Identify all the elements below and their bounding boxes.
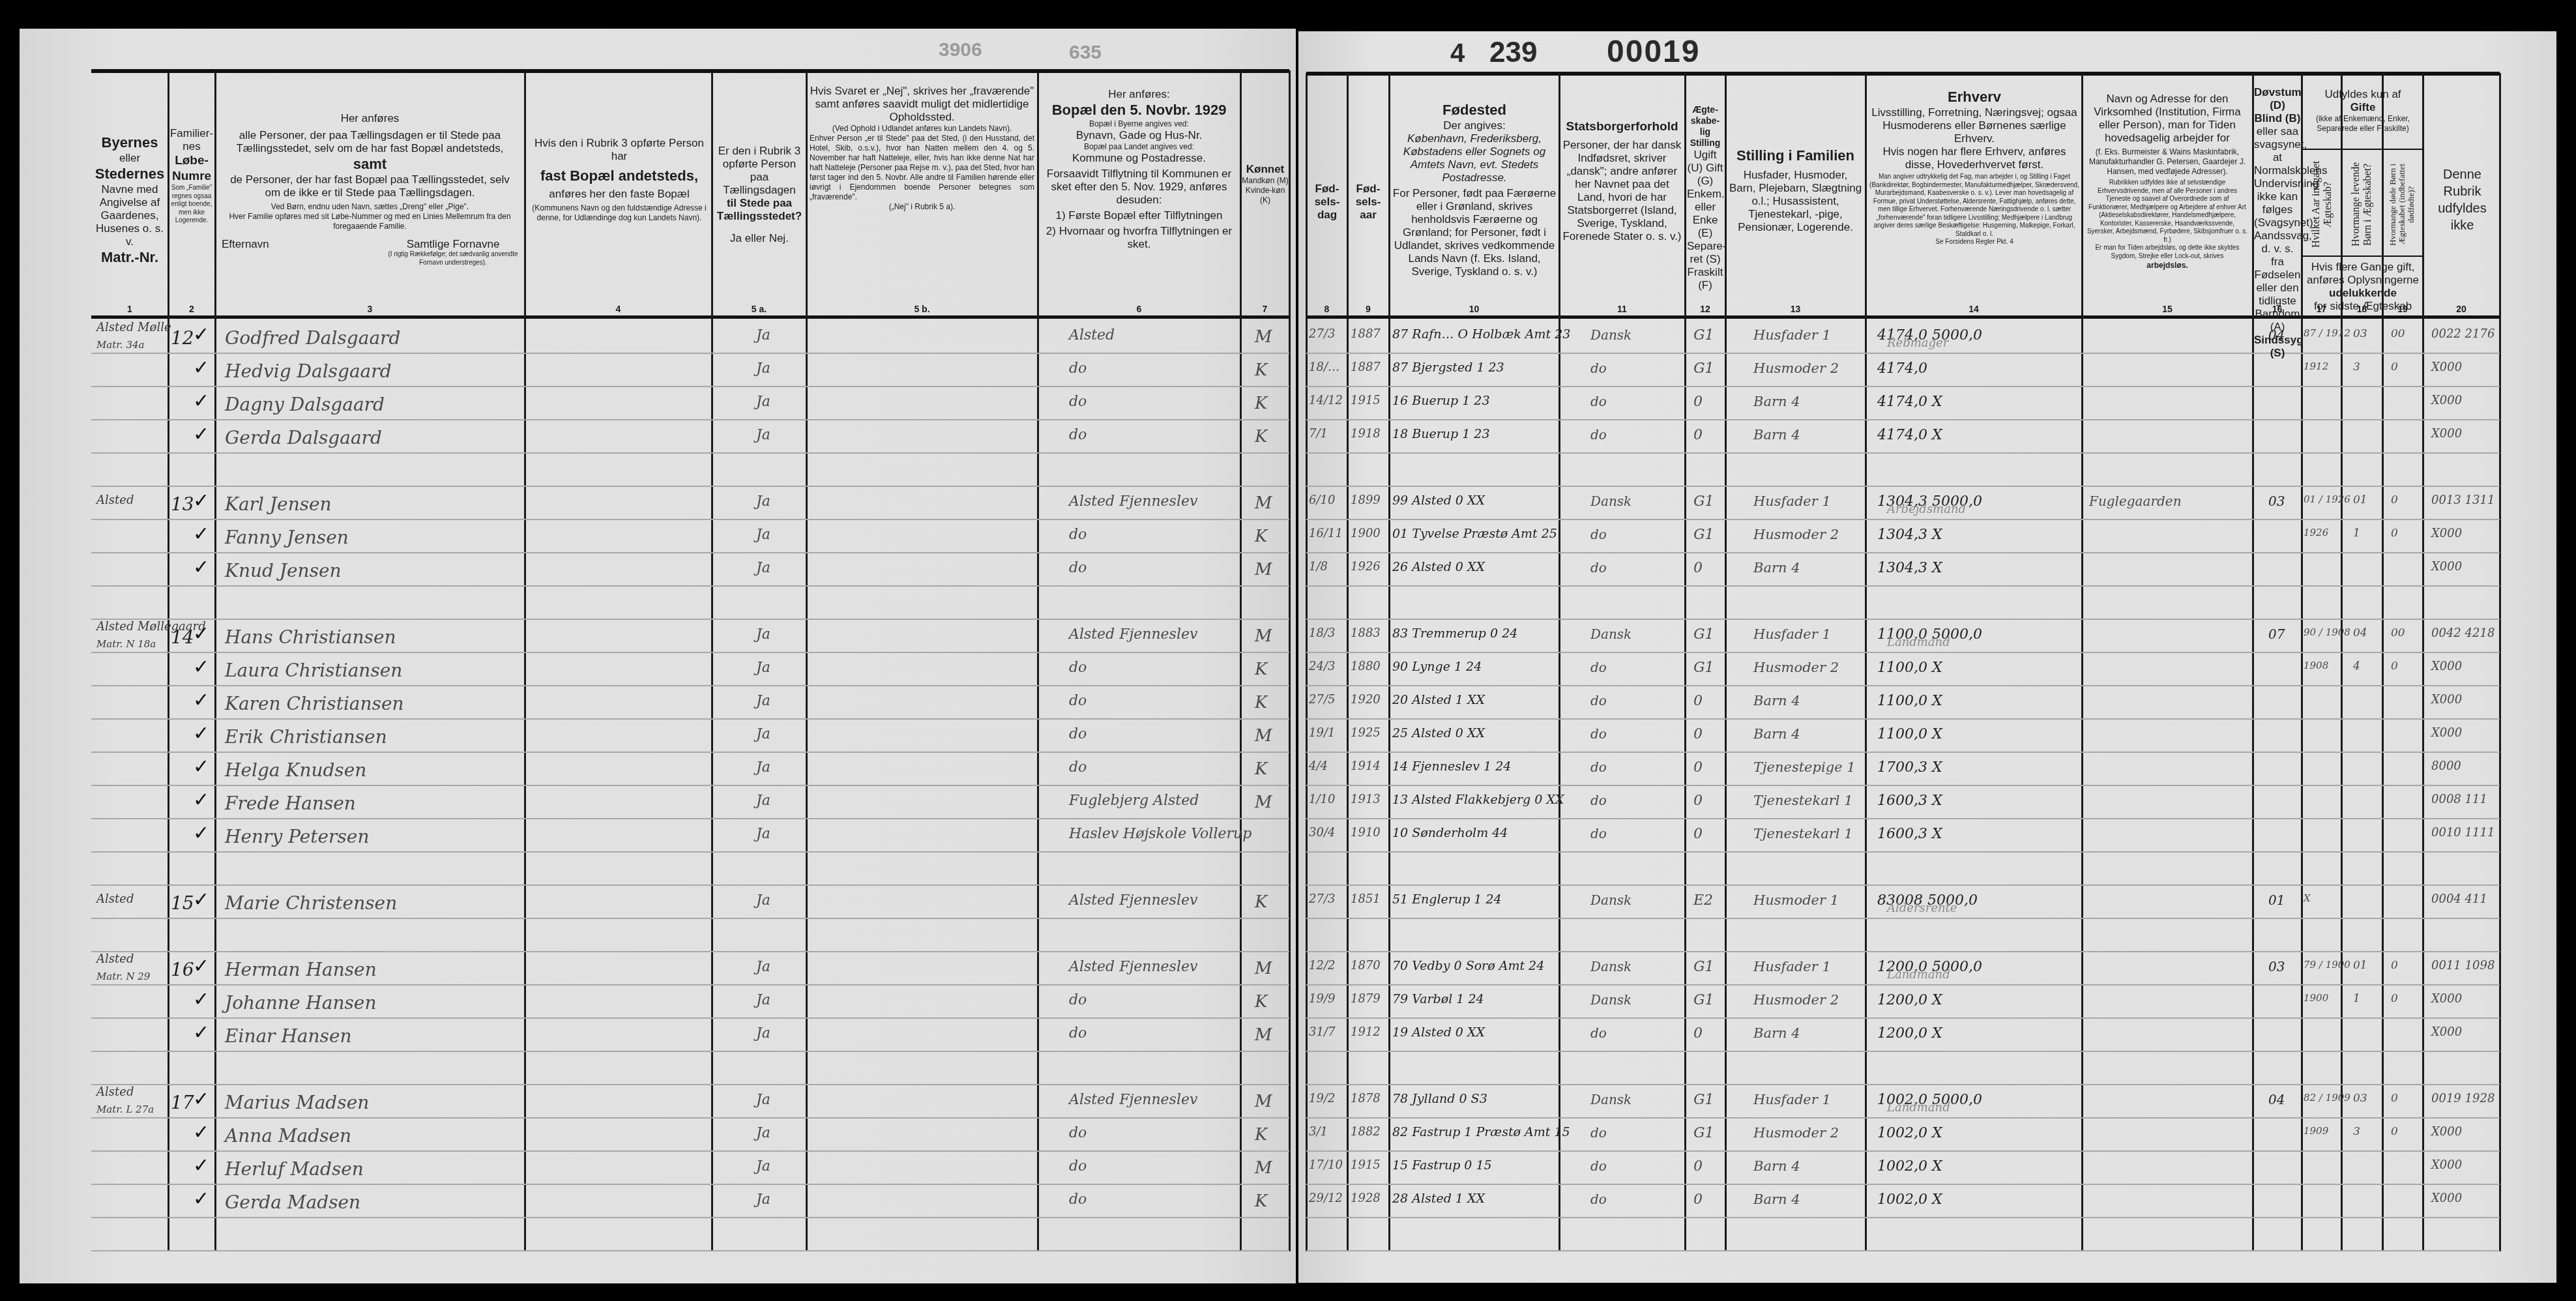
header-text: (Kommunens Navn og den fuldstændige Adre… xyxy=(531,203,707,223)
present-answer: Ja xyxy=(756,892,770,909)
header-text: Kommune og Postadresse. xyxy=(1043,152,1235,165)
row-rule xyxy=(1306,1117,2500,1118)
col20-code: X000 xyxy=(2431,992,2462,1006)
dead-children: 0 xyxy=(2391,360,2398,373)
family-position: Tjenestepige 1 xyxy=(1753,759,1856,775)
residence-1929: do xyxy=(1069,560,1087,576)
matrikel-number: Matr. N 18a xyxy=(96,638,156,650)
checkmark-icon: ✓ xyxy=(193,656,209,679)
row-rule xyxy=(91,619,1289,620)
header-col-12: Ægte-skabe-lig Stilling Ugift (U) Gift (… xyxy=(1687,104,1723,292)
col-number: 2 xyxy=(168,304,215,314)
residence-1929: Alsted Fjenneslev xyxy=(1069,493,1197,510)
citizenship: Dansk xyxy=(1590,493,1632,509)
family-number: 13 xyxy=(171,493,194,515)
col20-code: X000 xyxy=(2431,660,2462,673)
person-name: Dagny Dalsgaard xyxy=(225,394,385,415)
present-answer: Ja xyxy=(756,1092,770,1108)
birth-year: 1914 xyxy=(1351,759,1381,773)
checkmark-icon: ✓ xyxy=(193,1188,209,1210)
row-rule xyxy=(91,552,1289,553)
header-text: Hver Familie opføres med sit Løbe-Nummer… xyxy=(222,212,518,231)
citizenship: do xyxy=(1590,1191,1607,1207)
volume-stamp: 4 xyxy=(1450,39,1465,68)
header-text: Ugift (U) Gift (G) Enkem. eller Enke (E)… xyxy=(1687,149,1723,292)
present-answer: Ja xyxy=(756,660,770,676)
col-number: 3 xyxy=(215,304,525,314)
row-rule xyxy=(1306,818,2500,819)
sex: K xyxy=(1255,1125,1267,1145)
present-answer: Ja xyxy=(756,1125,770,1141)
header-text: Hvis Svaret er „Nej", skrives her „fravæ… xyxy=(810,85,1034,124)
birthplace: 90 Lynge 1 24 xyxy=(1392,660,1482,674)
col-number: 14 xyxy=(1866,304,2082,314)
birthplace: 51 Englerup 1 24 xyxy=(1392,892,1502,907)
marital-status: G1 xyxy=(1693,493,1714,510)
checkmark-icon: ✓ xyxy=(193,323,209,346)
header-text: Husfader, Husmoder, Barn, Plejebarn, Slæ… xyxy=(1729,169,1862,234)
col-number: 5 a. xyxy=(712,304,806,314)
person-name: Anna Madsen xyxy=(225,1125,351,1147)
dead-children: 00 xyxy=(2391,327,2405,340)
marriage-year: 1909 xyxy=(2304,1125,2328,1137)
residence-1929: Alsted xyxy=(1069,327,1115,344)
present-answer: Ja xyxy=(756,959,770,975)
marriage-year: 1926 xyxy=(2304,527,2328,538)
row-rule xyxy=(91,585,1289,587)
header-col-14: Erhverv Livsstilling, Forretning, Næring… xyxy=(1869,88,2079,247)
marital-status: G1 xyxy=(1693,527,1714,543)
family-position: Husmoder 2 xyxy=(1753,527,1839,542)
residence-1929: do xyxy=(1069,394,1087,410)
birthplace: 79 Varbøl 1 24 xyxy=(1392,992,1484,1006)
header-text: Ved Børn, endnu uden Navn, sættes „Dreng… xyxy=(222,202,518,212)
sex: M xyxy=(1255,959,1272,978)
residence-1929: Alsted Fjenneslev xyxy=(1069,1092,1197,1108)
table-rule xyxy=(91,69,1289,73)
living-children: 01 xyxy=(2353,959,2367,972)
header-text: København, Frederiksberg, Købstadens ell… xyxy=(1392,132,1557,184)
family-position: Husmoder 2 xyxy=(1753,360,1839,376)
header-col-3: Her anføres alle Personer, der paa Tælli… xyxy=(222,112,518,267)
residence-1929: Alsted Fjenneslev xyxy=(1069,892,1197,909)
header-text: Familier-nes xyxy=(168,127,215,153)
sex: M xyxy=(1255,1092,1272,1111)
header-text: Stedernes xyxy=(91,165,168,183)
birthplace: 15 Fastrup 0 15 xyxy=(1392,1158,1492,1173)
person-name: Knud Jensen xyxy=(225,560,342,581)
header-col-5a: Er den i Rubrik 3 opførte Person paa Tæl… xyxy=(714,145,804,245)
row-rule xyxy=(1306,519,2500,520)
header-text: Rubrikken udfyldes ikke af selvstændige … xyxy=(2086,179,2249,244)
birth-year: 1925 xyxy=(1351,726,1381,740)
header-text: Livsstilling, Forretning, Næringsvej; og… xyxy=(1869,106,2079,145)
citizenship: do xyxy=(1590,1158,1607,1174)
citizenship: do xyxy=(1590,693,1607,709)
citizenship: do xyxy=(1590,527,1607,542)
person-name: Laura Christiansen xyxy=(225,660,402,681)
family-number: 16 xyxy=(171,959,194,980)
marriage-year: 01 / 1926 xyxy=(2304,493,2350,505)
birthplace: 25 Alsted 0 XX xyxy=(1392,726,1485,740)
table-rule xyxy=(91,315,1289,319)
row-rule xyxy=(1306,1184,2500,1185)
checkmark-icon: ✓ xyxy=(193,1021,209,1044)
header-col-18: Hvormange levende Børn i Ægteskabet? xyxy=(2350,154,2380,255)
col20-code: X000 xyxy=(2431,560,2462,574)
column-divider xyxy=(524,70,526,1251)
present-answer: Ja xyxy=(756,1025,770,1042)
column-divider xyxy=(1289,70,1291,1251)
header-text: Bopæl i Byerne angives ved: xyxy=(1043,119,1235,129)
header-text: Udfyldes kun af xyxy=(2304,88,2422,101)
family-position: Barn 4 xyxy=(1753,726,1800,742)
row-rule xyxy=(91,486,1289,487)
header-text: udelukkende xyxy=(2304,287,2422,300)
header-text: Gifte xyxy=(2304,101,2422,114)
header-text: Bopæl den 5. Novbr. 1929 xyxy=(1043,101,1235,119)
header-col-2: Familier-nes Løbe-Numre Som „Familie" re… xyxy=(168,127,215,226)
table-rule xyxy=(1306,315,2500,319)
column-divider xyxy=(806,70,808,1251)
column-divider xyxy=(1865,73,1867,1251)
header-text: Hvis den i Rubrik 3 opførte Person har xyxy=(531,137,707,163)
marital-status: G1 xyxy=(1693,327,1714,344)
birth-day: 27/5 xyxy=(1309,693,1335,707)
row-rule xyxy=(1306,1084,2500,1085)
header-text: Navn og Adresse for den Virksomhed (Inst… xyxy=(2086,93,2249,145)
col20-code: 0019 1928 xyxy=(2431,1092,2495,1105)
header-col-8: Fød-sels-dag xyxy=(1308,183,1347,222)
sex: K xyxy=(1255,992,1267,1012)
family-position: Husmoder 1 xyxy=(1753,892,1839,908)
header-col-11: Statsborgerforhold Personer, der har dan… xyxy=(1562,121,1682,243)
birthplace: 18 Buerup 1 23 xyxy=(1392,427,1490,441)
marriage-year: 90 / 1908 xyxy=(2304,626,2350,638)
header-col-5b: Hvis Svaret er „Nej", skrives her „fravæ… xyxy=(810,85,1034,212)
header-text: Ja eller Nej. xyxy=(714,232,804,245)
birth-day: 6/10 xyxy=(1309,493,1335,507)
citizenship: do xyxy=(1590,360,1607,376)
family-number: 15 xyxy=(171,892,194,914)
header-text: Som „Familie" regnes ogsaa enligt boende… xyxy=(168,184,215,226)
row-rule xyxy=(1306,353,2500,354)
living-children: 3 xyxy=(2353,360,2360,373)
place-name: Alsted xyxy=(96,1085,134,1099)
header-col-13: Stilling i Familien Husfader, Husmoder, … xyxy=(1729,147,1862,234)
birthplace: 87 Rafn… O Holbæk Amt 23 xyxy=(1392,327,1570,342)
header-text: Stilling i Familien xyxy=(1729,147,1862,165)
row-rule xyxy=(1306,752,2500,753)
row-rule xyxy=(1306,685,2500,686)
birth-day: 24/3 xyxy=(1309,660,1335,673)
col-number: 1 xyxy=(91,304,168,314)
header-text: til Stede paa Tællingsstedet? xyxy=(714,197,804,223)
occupation-code: 1002,0 X xyxy=(1877,1191,1942,1208)
family-position: Husmoder 2 xyxy=(1753,992,1839,1008)
family-position: Husfader 1 xyxy=(1753,959,1831,974)
header-text: (I rigtig Rækkefølge; det sædvanlig anve… xyxy=(388,251,518,267)
col20-code: 0004 411 xyxy=(2431,892,2487,906)
col20-code: 8000 xyxy=(2431,759,2461,773)
row-rule xyxy=(91,1051,1289,1052)
marriage-year: 1900 xyxy=(2304,992,2328,1004)
employer: Fuglegaarden xyxy=(2089,493,2182,509)
row-rule xyxy=(91,452,1289,454)
birth-day: 29/12 xyxy=(1309,1191,1343,1205)
header-text: Ægte-skabe-lig Stilling xyxy=(1687,104,1723,149)
occupation-code: 1100,0 X xyxy=(1877,660,1942,676)
family-position: Husfader 1 xyxy=(1753,493,1831,509)
matrikel-number: Matr. 34a xyxy=(96,339,144,351)
sex: M xyxy=(1255,726,1272,746)
sex: M xyxy=(1255,560,1272,579)
checkmark-icon: ✓ xyxy=(193,556,209,579)
occupation-code: 4174,0 X xyxy=(1877,394,1942,410)
header-text: Matr.-Nr. xyxy=(91,248,168,267)
header-text: (f. Eks. Burmeister & Wains Maskinfabrik… xyxy=(2086,147,2249,177)
occupation-code: 1200,0 X xyxy=(1877,1025,1942,1042)
present-answer: Ja xyxy=(756,427,770,443)
residence-1929: do xyxy=(1069,427,1087,443)
present-answer: Ja xyxy=(756,693,770,709)
person-name: Einar Hansen xyxy=(225,1025,352,1047)
family-position: Tjenestekarl 1 xyxy=(1753,826,1853,841)
faint-stamp-left-2: 635 xyxy=(1069,42,1102,64)
checkmark-icon: ✓ xyxy=(193,1154,209,1177)
col-number: 10 xyxy=(1389,304,1559,314)
present-answer: Ja xyxy=(756,394,770,410)
row-rule xyxy=(91,1084,1289,1085)
occupation-note: Landmand xyxy=(1887,636,1950,649)
place-name: Alsted xyxy=(96,952,134,966)
birth-day: 27/3 xyxy=(1309,327,1335,341)
col16-value: 01 xyxy=(2268,892,2285,908)
row-rule xyxy=(91,652,1289,653)
row-rule xyxy=(1306,419,2500,420)
dead-children: 0 xyxy=(2391,527,2398,540)
row-rule xyxy=(91,386,1289,387)
family-number: 17 xyxy=(171,1092,194,1113)
birth-year: 1920 xyxy=(1351,693,1381,707)
birth-year: 1887 xyxy=(1351,327,1381,341)
faint-stamp-left: 3906 xyxy=(939,39,982,61)
dead-children: 0 xyxy=(2391,959,2398,972)
person-name: Marius Madsen xyxy=(225,1092,369,1113)
present-answer: Ja xyxy=(756,992,770,1008)
row-rule xyxy=(1306,386,2500,387)
birth-year: 1899 xyxy=(1351,493,1381,507)
citizenship: do xyxy=(1590,1125,1607,1141)
checkmark-icon: ✓ xyxy=(193,988,209,1011)
sex: K xyxy=(1255,360,1267,380)
marital-status: G1 xyxy=(1693,626,1714,643)
header-text: (ikke af Enkemænd, Enker, Separerede ell… xyxy=(2304,114,2422,134)
row-rule xyxy=(91,1117,1289,1118)
person-name: Johanne Hansen xyxy=(225,992,376,1014)
residence-1929: Alsted Fjenneslev xyxy=(1069,959,1197,975)
dead-children: 0 xyxy=(2391,1092,2398,1105)
column-divider xyxy=(1347,73,1349,1251)
birth-year: 1851 xyxy=(1351,892,1381,906)
family-position: Husfader 1 xyxy=(1753,626,1831,642)
present-answer: Ja xyxy=(756,793,770,809)
header-text: alle Personer, der paa Tællingsdagen er … xyxy=(222,129,518,155)
row-rule xyxy=(1306,951,2500,952)
checkmark-icon: ✓ xyxy=(193,888,209,911)
citizenship: do xyxy=(1590,1025,1607,1041)
row-rule xyxy=(1306,1217,2500,1218)
col16-value: 07 xyxy=(2268,626,2285,642)
col-number: 20 xyxy=(2423,304,2500,314)
occupation-code: 1600,3 X xyxy=(1877,793,1942,809)
marital-status: G1 xyxy=(1693,660,1714,676)
col20-code: X000 xyxy=(2431,1158,2462,1172)
header-text: Blind (B) xyxy=(2254,112,2301,125)
birth-year: 1913 xyxy=(1351,793,1381,806)
living-children: 4 xyxy=(2353,660,2360,673)
header-fornavne: Samtlige Fornavne xyxy=(388,238,518,251)
birth-day: 27/3 xyxy=(1309,892,1335,906)
birth-day: 14/12 xyxy=(1309,394,1343,407)
header-col-1: Byernes eller Stedernes Navne med Angive… xyxy=(91,134,168,267)
citizenship: do xyxy=(1590,660,1607,675)
col20-code: X000 xyxy=(2431,726,2462,740)
row-rule xyxy=(1306,652,2500,653)
birth-day: 31/7 xyxy=(1309,1025,1335,1039)
col20-code: 0011 1098 xyxy=(2431,959,2495,972)
header-col-15: Navn og Adresse for den Virksomhed (Inst… xyxy=(2086,93,2249,270)
column-divider xyxy=(1240,70,1242,1251)
col20-code: X000 xyxy=(2431,360,2462,374)
citizenship: Dansk xyxy=(1590,626,1632,642)
header-efternavn: Efternavn xyxy=(222,238,269,267)
birth-year: 1910 xyxy=(1351,826,1381,840)
col16-value: 04 xyxy=(2268,1092,2285,1107)
occupation-code: 1700,3 X xyxy=(1877,759,1942,776)
residence-1929: Alsted Fjenneslev xyxy=(1069,626,1197,643)
marriage-year: 79 / 1900 xyxy=(2304,959,2350,971)
birth-year: 1870 xyxy=(1351,959,1381,972)
header-text: 2) Hvornaar og hvorfra Tilflytningen er … xyxy=(1043,225,1235,251)
column-divider xyxy=(1684,73,1686,1251)
col-number: 18 xyxy=(2341,304,2382,314)
family-position: Husfader 1 xyxy=(1753,1092,1831,1107)
family-position: Barn 4 xyxy=(1753,1025,1800,1041)
header-text: Enhver Person „er til Stede" paa det Ste… xyxy=(810,134,1034,202)
header-col-6: Her anføres: Bopæl den 5. Novbr. 1929 Bo… xyxy=(1043,88,1235,251)
header-text: Løbe-Numre xyxy=(168,153,215,184)
matrikel-number: Matr. L 27a xyxy=(96,1104,154,1115)
birthplace: 70 Vedby 0 Sorø Amt 24 xyxy=(1392,959,1544,973)
header-text: Bynavn, Gade og Hus-Nr. xyxy=(1043,129,1235,142)
page-number-stamp: 239 xyxy=(1489,37,1537,69)
family-position: Tjenestekarl 1 xyxy=(1753,793,1853,808)
header-text: eller xyxy=(91,152,168,165)
col-number: 5 b. xyxy=(806,304,1038,314)
header-text: Statsborgerforhold xyxy=(1562,121,1682,134)
col20-code: 0042 4218 xyxy=(2431,626,2495,640)
present-answer: Ja xyxy=(756,826,770,842)
col-number: 11 xyxy=(1559,304,1685,314)
header-text: (Ved Ophold i Udlandet anføres kun Lande… xyxy=(810,124,1034,134)
occupation-code: 1100,0 X xyxy=(1877,693,1942,709)
person-name: Karen Christiansen xyxy=(225,693,404,714)
col20-code: 0010 1111 xyxy=(2431,826,2495,840)
sex: K xyxy=(1255,1191,1267,1211)
col20-code: X000 xyxy=(2431,527,2462,540)
birthplace: 83 Tremmerup 0 24 xyxy=(1392,626,1517,641)
living-children: 1 xyxy=(2353,992,2360,1005)
col20-code: X000 xyxy=(2431,427,2462,441)
marital-status: 0 xyxy=(1693,1158,1703,1175)
header-text: fast Bopæl andetsteds, xyxy=(531,167,707,185)
residence-1929: do xyxy=(1069,660,1087,676)
header-col-19: Hvormange døde Børn i Ægteskabet (indbef… xyxy=(2388,154,2420,255)
person-name: Helga Knudsen xyxy=(225,759,366,781)
marriage-year: 82 / 1909 xyxy=(2304,1092,2350,1104)
row-rule xyxy=(1306,785,2500,786)
checkmark-icon: ✓ xyxy=(193,755,209,778)
header-text: Man angiver udtrykkelig det Fag, man arb… xyxy=(1869,173,2079,239)
header-text: anføres her den faste Bopæl xyxy=(531,188,707,201)
col20-code: X000 xyxy=(2431,1125,2462,1139)
col-number: 4 xyxy=(525,304,712,314)
birthplace: 13 Alsted Flakkebjerg 0 XX xyxy=(1392,793,1564,807)
family-number: 12 xyxy=(171,327,194,349)
birth-day: 18/3 xyxy=(1309,626,1335,640)
marriage-year: 1908 xyxy=(2304,660,2328,671)
header-text: Er man for Tiden arbejdsløs, og dette ik… xyxy=(2086,244,2249,261)
checkmark-icon: ✓ xyxy=(193,423,209,446)
image-number-stamp: 00019 xyxy=(1607,34,1700,70)
header-text: Byernes xyxy=(91,134,168,152)
row-rule xyxy=(91,818,1289,819)
birth-year: 1900 xyxy=(1351,527,1381,540)
header-col-7: Kønnet Mandkøn (M) Kvinde-køn (K) xyxy=(1242,163,1289,205)
header-text: samt xyxy=(222,155,518,173)
birthplace: 01 Tyvelse Præstø Amt 25 xyxy=(1392,527,1557,541)
col-number: 19 xyxy=(2382,304,2423,314)
row-rule xyxy=(91,718,1289,720)
marital-status: 0 xyxy=(1693,394,1703,410)
person-name: Henry Petersen xyxy=(225,826,369,847)
birth-year: 1926 xyxy=(1351,560,1381,574)
marital-status: 0 xyxy=(1693,726,1703,742)
header-text: Hvis flere Gange gift, anføres Oplysning… xyxy=(2304,261,2422,287)
header-text: Fødested xyxy=(1392,101,1557,119)
citizenship: do xyxy=(1590,759,1607,775)
sex: K xyxy=(1255,527,1267,546)
occupation-note: Landmand xyxy=(1887,1101,1950,1115)
checkmark-icon: ✓ xyxy=(193,689,209,712)
marital-status: G1 xyxy=(1693,959,1714,975)
living-children: 03 xyxy=(2353,1092,2367,1105)
row-rule xyxy=(91,918,1289,919)
row-rule xyxy=(1306,718,2500,720)
marriage-year: X xyxy=(2304,892,2311,904)
birth-year: 1915 xyxy=(1351,394,1381,407)
family-position: Barn 4 xyxy=(1753,1158,1800,1174)
person-name: Karl Jensen xyxy=(225,493,332,515)
marriage-year: 1912 xyxy=(2304,360,2328,372)
occupation-code: 1600,3 X xyxy=(1877,826,1942,842)
family-position: Barn 4 xyxy=(1753,1191,1800,1207)
dead-children: 0 xyxy=(2391,992,2398,1005)
row-rule xyxy=(91,951,1289,952)
row-rule xyxy=(91,1217,1289,1218)
checkmark-icon: ✓ xyxy=(193,822,209,845)
